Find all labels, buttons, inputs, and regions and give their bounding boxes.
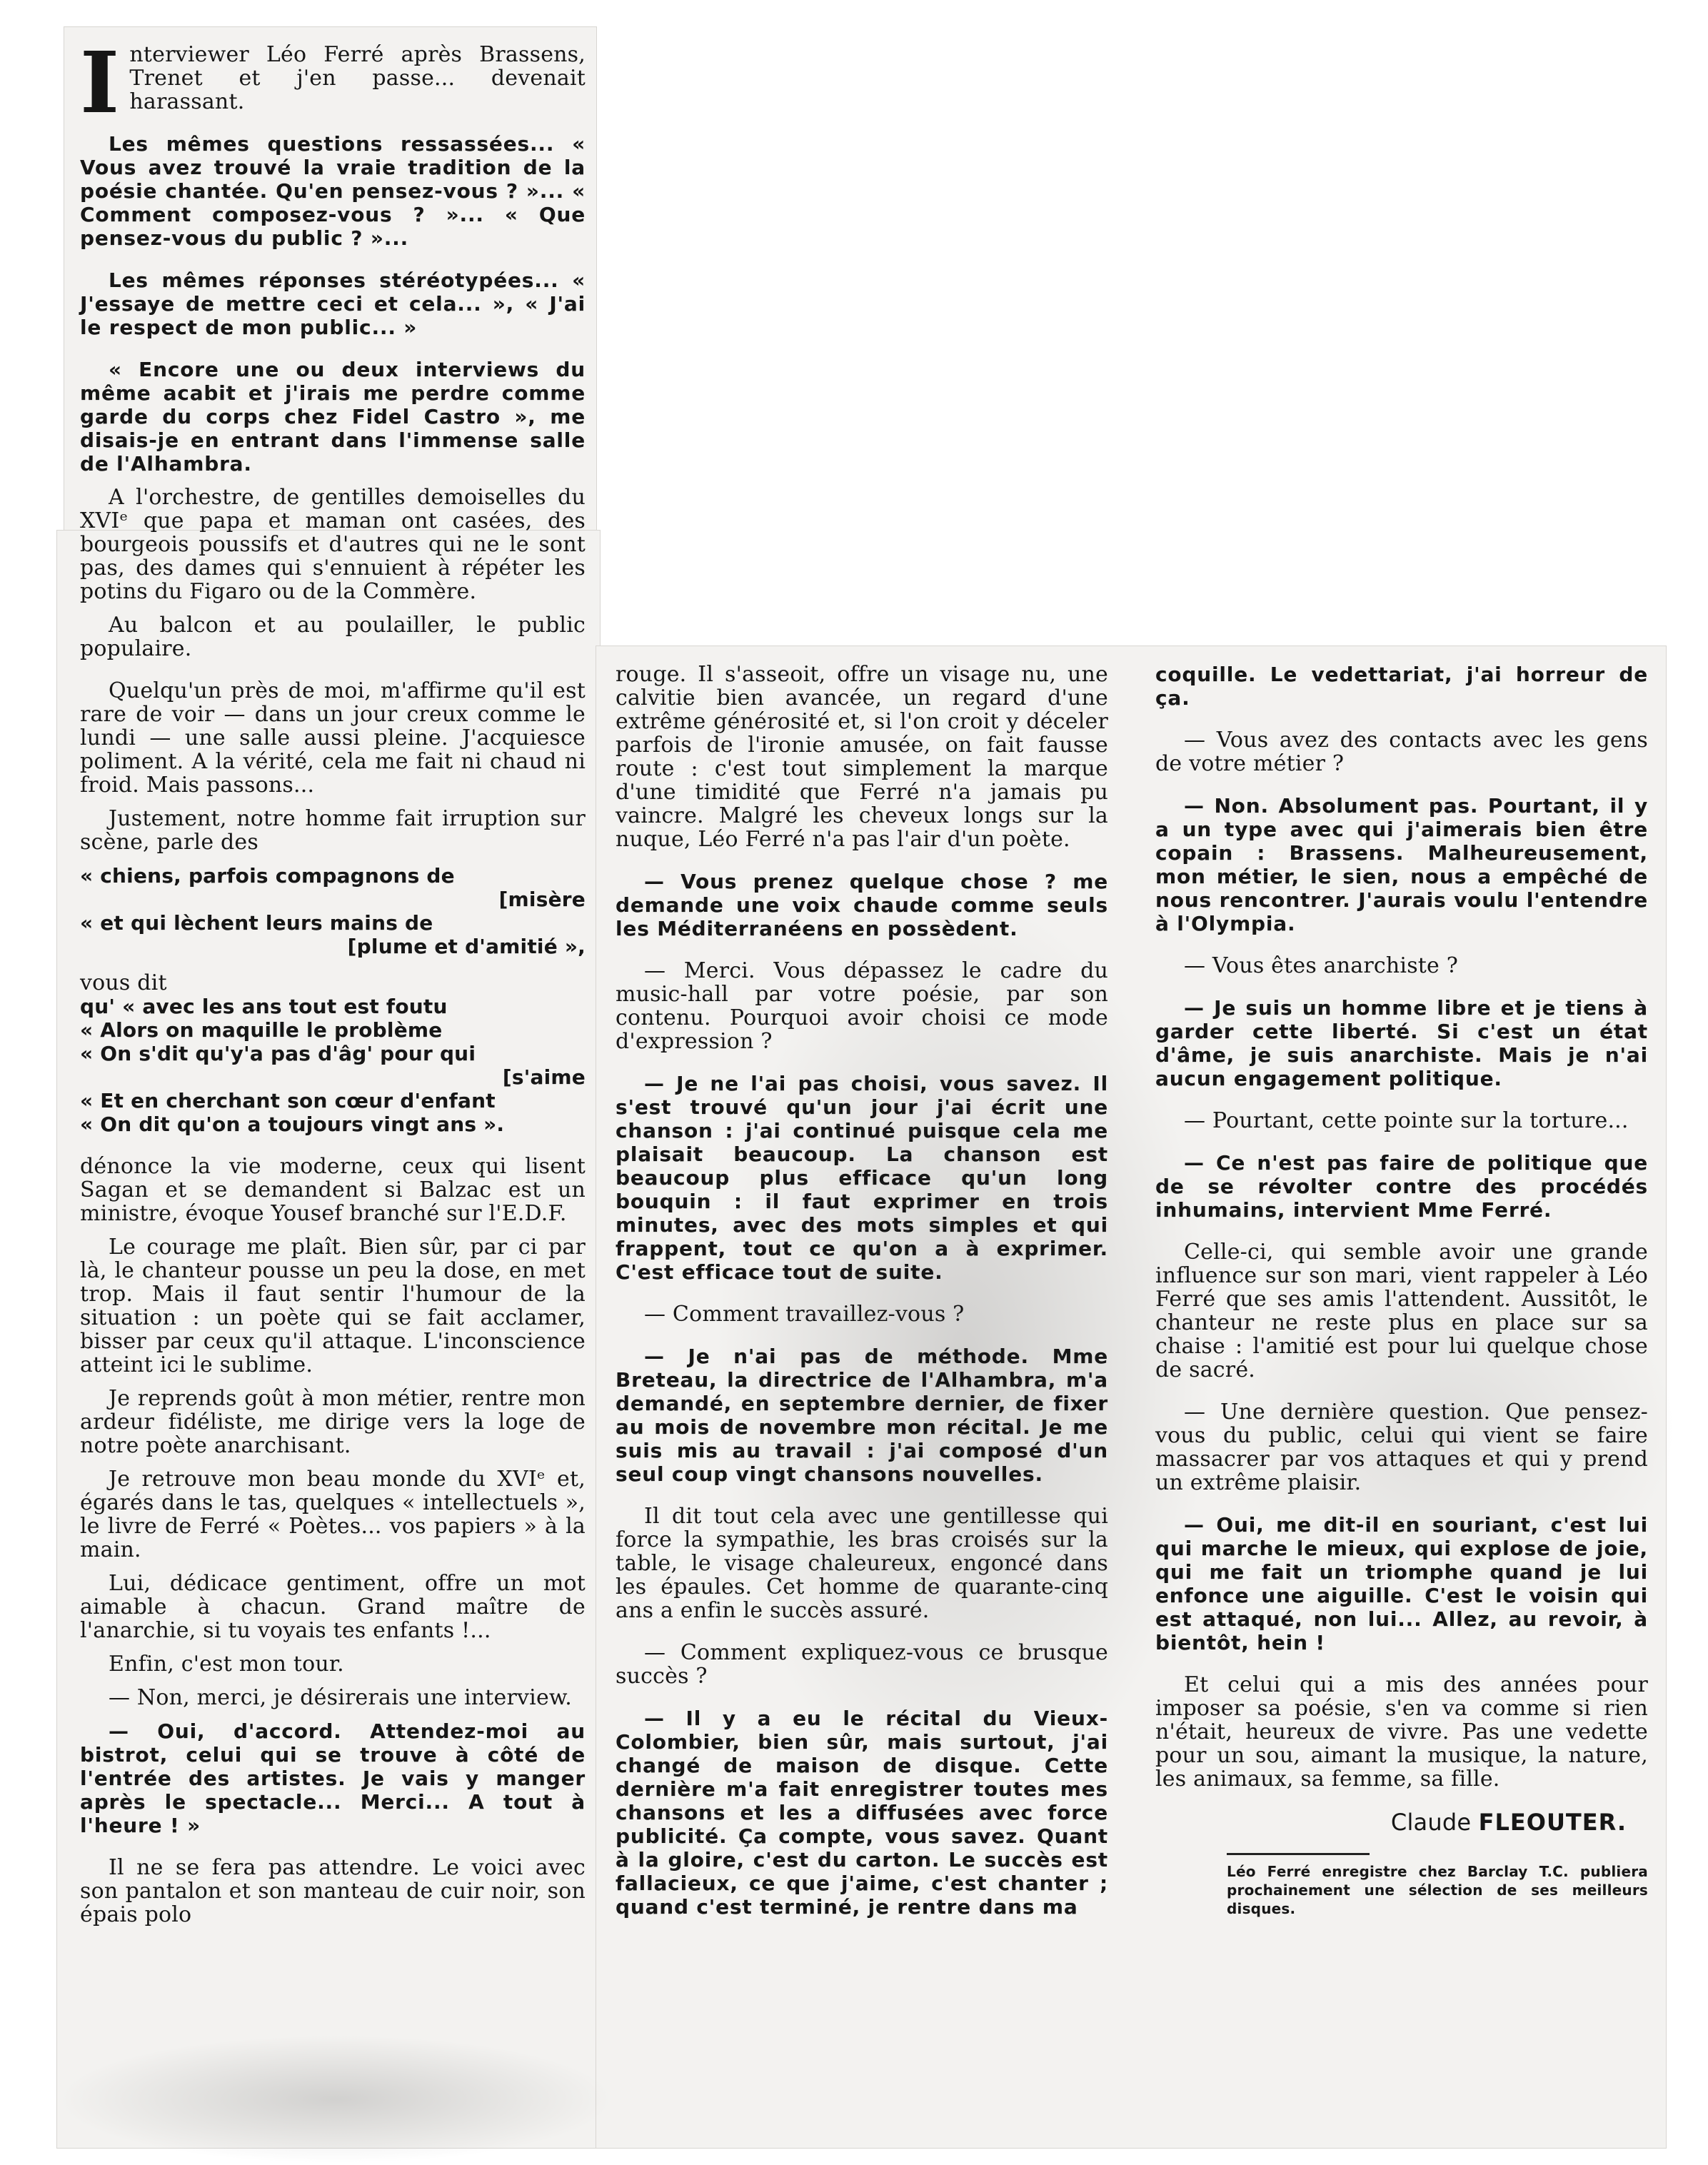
paragraph: — Oui, me dit-il en souriant, c'est lui … [1155, 1513, 1648, 1654]
footnote: Léo Ferré enregistre chez Barclay T.C. p… [1227, 1862, 1648, 1918]
paragraph: — Je n'ai pas de méthode. Mme Breteau, l… [616, 1345, 1108, 1486]
song-quote: qu' « avec les ans tout est foutu « Alor… [80, 995, 586, 1136]
paragraph: Au balcon et au poulailler, le public po… [80, 613, 586, 660]
article-intro: Interviewer Léo Ferré après Brassens, Tr… [80, 43, 586, 114]
paragraph: Les mêmes questions ressassées... « Vous… [80, 132, 586, 250]
paragraph: — Je suis un homme libre et je tiens à g… [1155, 996, 1648, 1090]
paragraph: Celle-ci, qui semble avoir une grande in… [1155, 1240, 1648, 1382]
drop-cap: I [80, 49, 119, 117]
paragraph: Le courage me plaît. Bien sûr, par ci pa… [80, 1235, 586, 1377]
paragraph: — Il y a eu le récital du Vieux-Colombie… [616, 1707, 1108, 1919]
paragraph: dénonce la vie moderne, ceux qui lisent … [80, 1155, 586, 1225]
paragraph: — Vous prenez quelque chose ? me demande… [616, 870, 1108, 940]
song-quote: « chiens, parfois compagnons de [misère … [80, 864, 586, 958]
paragraph: Justement, notre homme fait irruption su… [80, 807, 586, 854]
paragraph: — Pourtant, cette pointe sur la torture.… [1155, 1109, 1648, 1132]
paragraph: — Non. Absolument pas. Pourtant, il y a … [1155, 794, 1648, 935]
paragraph: — Merci. Vous dépassez le cadre du music… [616, 959, 1108, 1053]
author-signature: Claude FLEOUTER. [1155, 1811, 1627, 1834]
paragraph: Enfin, c'est mon tour. [80, 1652, 586, 1676]
paragraph: — Je ne l'ai pas choisi, vous savez. Il … [616, 1072, 1108, 1284]
paragraph: A l'orchestre, de gentilles demoiselles … [80, 486, 586, 603]
paragraph: Je retrouve mon beau monde du XVIᵉ et, é… [80, 1467, 586, 1562]
paragraph: — Vous êtes anarchiste ? [1155, 954, 1648, 978]
paragraph: Et celui qui a mis des années pour impos… [1155, 1673, 1648, 1791]
article-column-middle: rouge. Il s'asseoit, offre un visage nu,… [616, 663, 1108, 1929]
paragraph: — Non, merci, je désirerais une intervie… [80, 1686, 586, 1709]
paragraph: — Ce n'est pas faire de politique que de… [1155, 1151, 1648, 1222]
article-column-right: coquille. Le vedettariat, j'ai horreur d… [1155, 663, 1648, 1918]
paragraph: — Comment travaillez-vous ? [616, 1302, 1108, 1326]
paragraph: vous dit [80, 971, 586, 995]
article-column-left: Interviewer Léo Ferré après Brassens, Tr… [80, 43, 586, 1937]
paragraph: — Oui, d'accord. Attendez-moi au bistrot… [80, 1719, 586, 1837]
paragraph: coquille. Le vedettariat, j'ai horreur d… [1155, 663, 1648, 710]
paragraph: — Vous avez des contacts avec les gens d… [1155, 728, 1648, 775]
paragraph: Quelqu'un près de moi, m'affirme qu'il e… [80, 679, 586, 797]
paragraph: Je reprends goût à mon métier, rentre mo… [80, 1387, 586, 1457]
paragraph: Les mêmes réponses stéréotypées... « J'e… [80, 268, 586, 339]
paragraph: rouge. Il s'asseoit, offre un visage nu,… [616, 663, 1108, 851]
paragraph: Il dit tout cela avec une gentillesse qu… [616, 1505, 1108, 1622]
paragraph: — Une dernière question. Que pensez-vous… [1155, 1400, 1648, 1495]
paragraph: « Encore une ou deux interviews du même … [80, 358, 586, 476]
paragraph: Il ne se fera pas attendre. Le voici ave… [80, 1856, 586, 1927]
paragraph: — Comment expliquez-vous ce brusque succ… [616, 1641, 1108, 1688]
paragraph: Lui, dédicace gentiment, offre un mot ai… [80, 1572, 586, 1642]
footnote-divider [1227, 1853, 1370, 1855]
